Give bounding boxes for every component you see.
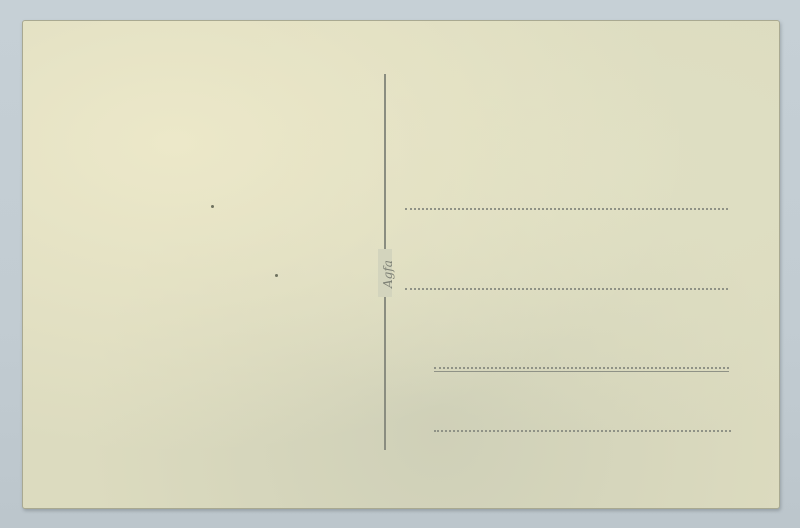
- postcard-back: Agfa: [22, 20, 780, 509]
- address-line-1: [405, 208, 728, 210]
- paper-speck: [275, 274, 278, 277]
- address-line-3: [434, 367, 729, 369]
- address-line-4: [434, 430, 731, 432]
- address-line-3-underline: [434, 371, 729, 372]
- paper-speck: [211, 205, 214, 208]
- address-line-2: [405, 288, 728, 290]
- divider-mark: Agfa: [373, 259, 403, 289]
